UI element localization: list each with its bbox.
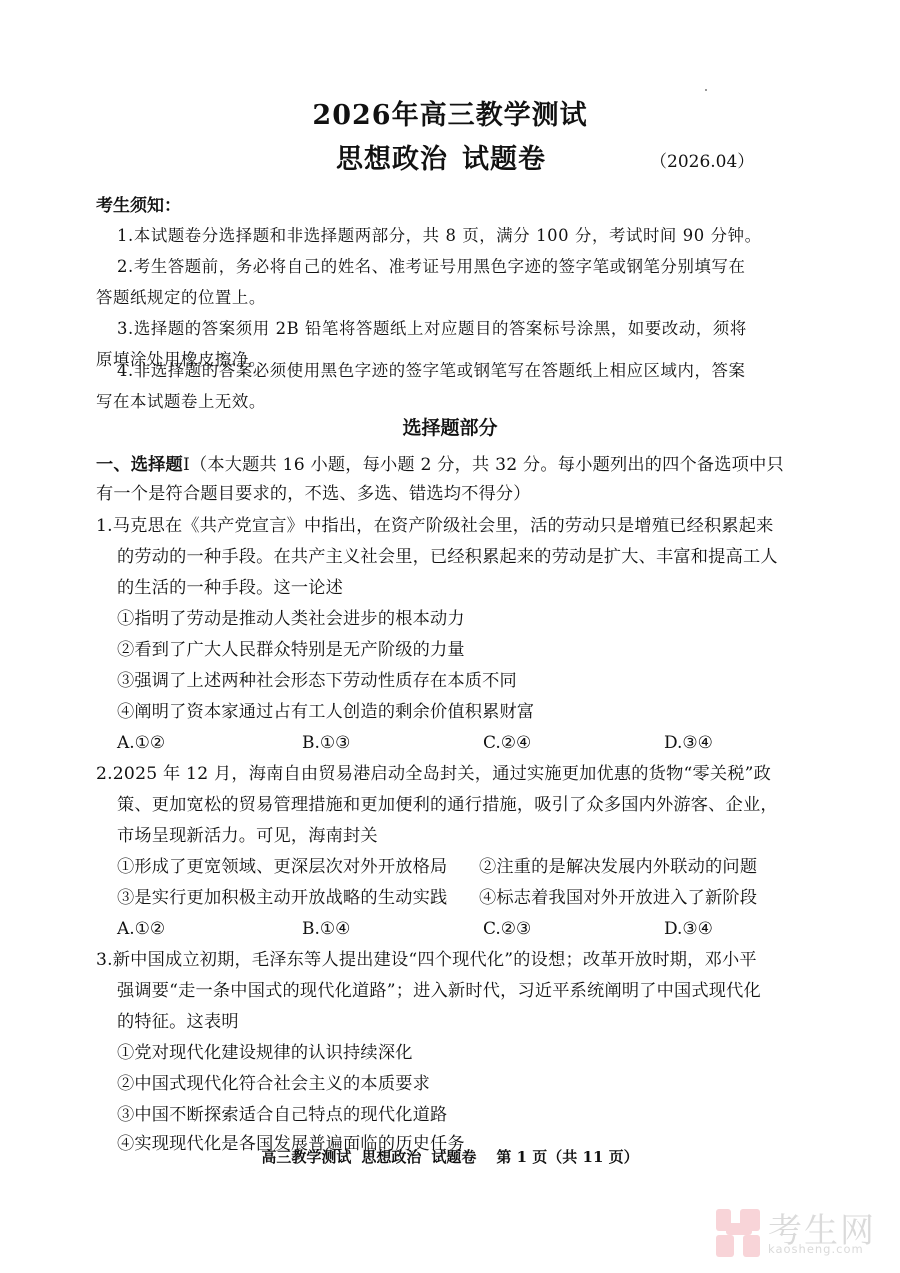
- part-instructions-text: （本大题共 16 小题，每小题 2 分，共 32 分。每小题列出的四个备选项中只: [190, 455, 784, 475]
- q3-statement-1: ①党对现代化建设规律的认识持续深化: [117, 1040, 413, 1066]
- q2-statement-3: ③是实行更加积极主动开放战略的生动实践: [117, 885, 447, 911]
- paper-type: 试题卷: [462, 144, 546, 175]
- q2-option-a[interactable]: A.①②: [117, 916, 165, 942]
- notice-line-4: 4.非选择题的答案必须使用黑色字迹的签字笔或钢笔写在答题纸上相应区域内，答案: [117, 358, 746, 384]
- notice-heading: 考生须知：: [96, 193, 181, 219]
- q1-statement-4: ④阐明了资本家通过占有工人创造的剩余价值积累财富: [117, 699, 534, 725]
- q1-option-a[interactable]: A.①②: [117, 730, 165, 756]
- watermark-domain: kaosheng.com: [768, 1242, 864, 1256]
- q3-statement-3: ③中国不断探索适合自己特点的现代化道路: [117, 1102, 447, 1128]
- q1-statement-3: ③强调了上述两种社会形态下劳动性质存在本质不同: [117, 668, 517, 694]
- part-instructions-cont: 有一个是符合题目要求的，不选、多选、错选均不得分）: [96, 481, 531, 507]
- q2-statement-1: ①形成了更宽领域、更深层次对外开放格局: [117, 854, 447, 880]
- notice-line-1: 1.本试题卷分选择题和非选择题两部分，共 8 页，满分 100 分，考试时间 9…: [117, 223, 762, 249]
- q2-statement-4: ④标志着我国对外开放进入了新阶段: [479, 885, 757, 911]
- q3-statement-2: ②中国式现代化符合社会主义的本质要求: [117, 1071, 430, 1097]
- footer-exam: 高三教学测试: [261, 1148, 351, 1166]
- section-title: 选择题部分: [0, 414, 900, 442]
- watermark-logo-icon: [716, 1209, 762, 1257]
- q2-stem-line-2: 策、更加宽松的贸易管理措施和更加便利的通行措施，吸引了众多国内外游客、企业，: [117, 792, 778, 818]
- exam-title: 2026年高三教学测试: [0, 96, 900, 136]
- exam-page: 2026年高三教学测试 思想政治试题卷 （2026.04） 考生须知： 1.本试…: [0, 0, 900, 1273]
- footer-subject: 思想政治: [361, 1148, 421, 1166]
- q2-option-b[interactable]: B.①④: [302, 916, 350, 942]
- q3-stem-line-1: 3.新中国成立初期，毛泽东等人提出建设“四个现代化”的设想；改革开放时期，邓小平: [96, 947, 757, 973]
- notice-line-3: 3.选择题的答案须用 2B 铅笔将答题纸上对应题目的答案标号涂黑，如要改动，须将: [117, 316, 747, 342]
- q2-stem-line-3: 市场呈现新活力。可见，海南封关: [117, 823, 378, 849]
- page-footer: 高三教学测试思想政治试题卷第 1 页（共 11 页）: [0, 1146, 900, 1168]
- q2-option-c[interactable]: C.②③: [483, 916, 531, 942]
- scan-speck: [705, 89, 707, 91]
- notice-line-2-cont: 答题纸规定的位置上。: [96, 285, 266, 311]
- q1-stem-line-1: 1.马克思在《共产党宣言》中指出，在资产阶级社会里，活的劳动只是增殖已经积累起来: [96, 513, 774, 539]
- notice-line-4-cont: 写在本试题卷上无效。: [96, 389, 266, 415]
- q2-options: A.①② B.①④ C.②③ D.③④: [117, 916, 797, 942]
- q2-option-d[interactable]: D.③④: [664, 916, 713, 942]
- part-label: 一、选择题: [96, 455, 183, 475]
- footer-page-number: 第 1 页（共 11 页）: [496, 1148, 638, 1166]
- q1-stem-line-2: 的劳动的一种手段。在共产主义社会里，已经积累起来的劳动是扩大、丰富和提高工人: [117, 544, 778, 570]
- watermark: 考生网 kaosheng.com: [716, 1209, 896, 1269]
- q1-statement-2: ②看到了广大人民群众特别是无产阶级的力量: [117, 637, 465, 663]
- q1-stem-line-3: 的生活的一种手段。这一论述: [117, 575, 343, 601]
- q2-stem-line-1: 2.2025 年 12 月，海南自由贸易港启动全岛封关，通过实施更加优惠的货物“…: [96, 761, 771, 787]
- paper-subtitle: 思想政治试题卷: [336, 140, 546, 180]
- footer-paper-type: 试题卷: [431, 1148, 476, 1166]
- q1-statement-1: ①指明了劳动是推动人类社会进步的根本动力: [117, 606, 465, 632]
- q3-stem-line-3: 的特征。这表明: [117, 1009, 239, 1035]
- q2-statement-2: ②注重的是解决发展内外联动的问题: [479, 854, 757, 880]
- subject-name: 思想政治: [336, 144, 448, 175]
- notice-line-2: 2.考生答题前，务必将自己的姓名、准考证号用黑色字迹的签字笔或钢笔分别填写在: [117, 254, 746, 280]
- exam-date: （2026.04）: [650, 150, 754, 174]
- q1-option-b[interactable]: B.①③: [302, 730, 350, 756]
- part-roman: Ⅰ: [183, 455, 190, 475]
- part-instructions: 一、选择题Ⅰ（本大题共 16 小题，每小题 2 分，共 32 分。每小题列出的四…: [96, 452, 784, 478]
- q3-stem-line-2: 强调要“走一条中国式的现代化道路”；进入新时代，习近平系统阐明了中国式现代化: [117, 978, 761, 1004]
- q1-option-d[interactable]: D.③④: [664, 730, 713, 756]
- q1-option-c[interactable]: C.②④: [483, 730, 531, 756]
- q1-options: A.①② B.①③ C.②④ D.③④: [117, 730, 797, 756]
